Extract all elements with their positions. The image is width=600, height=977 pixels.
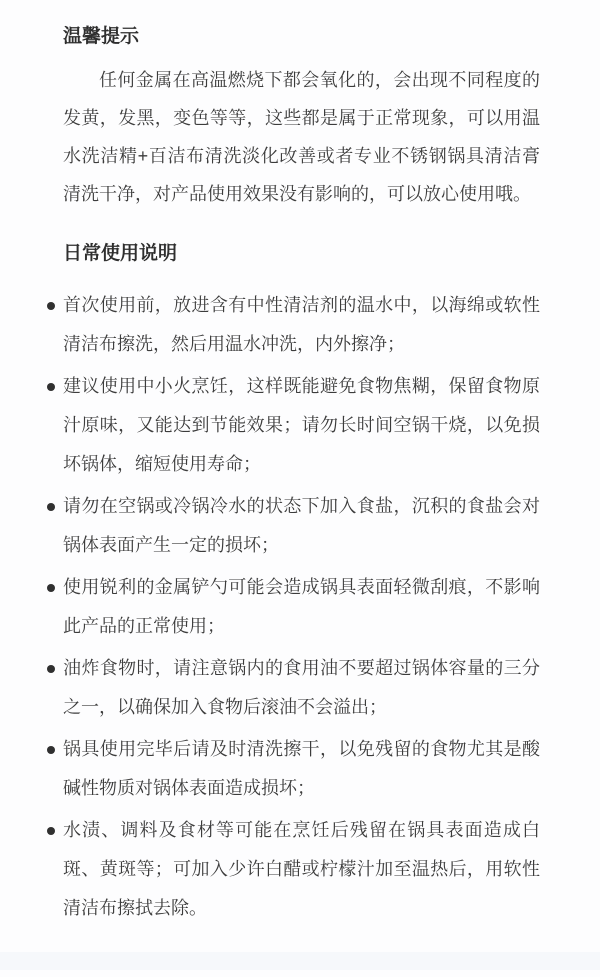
usage-item: 请勿在空锅或冷锅冷水的状态下加入食盐，沉积的食盐会对锅体表面产生一定的损坏； xyxy=(63,487,540,565)
footer-strip xyxy=(0,952,600,970)
tips-section: 温馨提示 任何金属在高温燃烧下都会氧化的，会出现不同程度的发黄，发黑，变色等等，… xyxy=(63,26,540,213)
usage-item-text: 使用锐利的金属铲勺可能会造成锅具表面轻微刮痕，不影响此产品的正常使用； xyxy=(63,577,540,636)
bullet-icon xyxy=(47,584,55,592)
usage-item-text: 水渍、调料及食材等可能在烹饪后残留在锅具表面造成白斑、黄斑等；可加入少许白醋或柠… xyxy=(63,820,540,918)
usage-item: 首次使用前，放进含有中性清洁剂的温水中，以海绵或软性清洁布擦洗，然后用温水冲洗，… xyxy=(63,286,540,364)
usage-item: 水渍、调料及食材等可能在烹饪后残留在锅具表面造成白斑、黄斑等；可加入少许白醋或柠… xyxy=(63,811,540,928)
usage-item-text: 建议使用中小火烹饪，这样既能避免食物焦糊，保留食物原汁原味，又能达到节能效果；请… xyxy=(63,376,540,474)
usage-item: 建议使用中小火烹饪，这样既能避免食物焦糊，保留食物原汁原味，又能达到节能效果；请… xyxy=(63,367,540,484)
bullet-icon xyxy=(47,746,55,754)
usage-item: 油炸食物时，请注意锅内的食用油不要超过锅体容量的三分之一，以确保加入食物后滚油不… xyxy=(63,649,540,727)
usage-item: 锅具使用完毕后请及时清洗擦干，以免残留的食物尤其是酸碱性物质对锅体表面造成损坏； xyxy=(63,730,540,808)
bullet-icon xyxy=(47,302,55,310)
usage-title: 日常使用说明 xyxy=(63,243,540,265)
usage-item-text: 油炸食物时，请注意锅内的食用油不要超过锅体容量的三分之一，以确保加入食物后滚油不… xyxy=(63,658,540,717)
bullet-icon xyxy=(47,827,55,835)
usage-item-text: 锅具使用完毕后请及时清洗擦干，以免残留的食物尤其是酸碱性物质对锅体表面造成损坏； xyxy=(63,739,540,798)
usage-item: 使用锐利的金属铲勺可能会造成锅具表面轻微刮痕，不影响此产品的正常使用； xyxy=(63,568,540,646)
usage-item-text: 首次使用前，放进含有中性清洁剂的温水中，以海绵或软性清洁布擦洗，然后用温水冲洗，… xyxy=(63,295,540,354)
tips-body-paragraph: 任何金属在高温燃烧下都会氧化的，会出现不同程度的发黄，发黑，变色等等，这些都是属… xyxy=(63,61,540,213)
bullet-icon xyxy=(47,665,55,673)
page-content: 温馨提示 任何金属在高温燃烧下都会氧化的，会出现不同程度的发黄，发黑，变色等等，… xyxy=(0,0,600,928)
care-instructions-page: 温馨提示 任何金属在高温燃烧下都会氧化的，会出现不同程度的发黄，发黑，变色等等，… xyxy=(0,0,600,977)
bullet-icon xyxy=(47,503,55,511)
usage-section: 日常使用说明 首次使用前，放进含有中性清洁剂的温水中，以海绵或软性清洁布擦洗，然… xyxy=(63,243,540,928)
usage-list: 首次使用前，放进含有中性清洁剂的温水中，以海绵或软性清洁布擦洗，然后用温水冲洗，… xyxy=(63,286,540,928)
bullet-icon xyxy=(47,383,55,391)
usage-item-text: 请勿在空锅或冷锅冷水的状态下加入食盐，沉积的食盐会对锅体表面产生一定的损坏； xyxy=(63,496,540,555)
tips-title: 温馨提示 xyxy=(63,26,540,48)
